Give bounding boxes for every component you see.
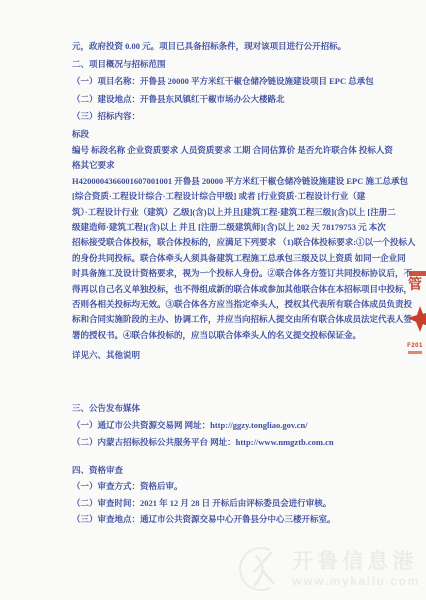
doc-section-heading: 二、项目概况与招标范围 bbox=[72, 56, 402, 74]
doc-section-heading: 四、资格审查 bbox=[72, 462, 402, 479]
doc-line: 招标接受联合体投标，联合体投标的，应满足下列要求 （1)联合体投标要求:①以一个… bbox=[72, 235, 402, 250]
doc-line: 署的授权书。④联合体投标的，应当以联合体牵头人的名义提交投标保证金。 bbox=[72, 328, 402, 343]
doc-line: （二）建设地点：开鲁县东风镇红干椒市场办公大楼路北 bbox=[72, 91, 402, 109]
scanned-document-page: 元，政府投资 0.00 元。项目已具备招标条件，现对该项目进行公开招标。 二、项… bbox=[0, 0, 426, 600]
stamp-code: F201 bbox=[397, 343, 426, 349]
stamp-star-icon bbox=[407, 305, 426, 333]
doc-line: 时具备施工及设计资格要求，视为一个投标人身份。②联合体各方签订共同投标协议后，不 bbox=[72, 266, 402, 281]
document-body: 元，政府投资 0.00 元。项目已具备招标条件，现对该项目进行公开招标。 二、项… bbox=[72, 38, 402, 528]
doc-line: 标段 bbox=[72, 126, 402, 144]
doc-line: 筑）·工程设计行业（建筑）乙级](含)以上并且[建筑工程·建筑工程三级](含)以… bbox=[72, 205, 402, 220]
red-stamp: 管 F201 bbox=[397, 271, 426, 354]
stamp-smudge bbox=[408, 351, 422, 354]
doc-table-header-line: 编号 标段名称 企业资质要求 人员资质要求 工期 合同估算价 是否允许联合体 投… bbox=[72, 143, 402, 158]
doc-line: （二）内蒙古招标投标公共服务平台 网址：http://www.nmgztb.co… bbox=[72, 434, 402, 451]
doc-line: （三）招标内容： bbox=[72, 108, 402, 126]
doc-line: 元，政府投资 0.00 元。项目已具备招标条件，现对该项目进行公开招标。 bbox=[72, 38, 402, 56]
doc-section-heading: 三、公告发布媒体 bbox=[72, 400, 402, 417]
doc-line: 得再以自己名义单独投标，也不得组成新的联合体或参加其他联合体在本招标项目中投标， bbox=[72, 282, 402, 297]
doc-line: [综合资质·工程设计综合·工程设计综合甲级] 或者 [行业资质·工程设计行业（建 bbox=[72, 189, 402, 204]
doc-line: （一）审查方式：资格后审。 bbox=[72, 478, 402, 495]
doc-line: （一）项目名称：开鲁县 20000 平方米红干椒仓储冷链设施建设项目 EPC 总… bbox=[72, 73, 402, 91]
doc-table-header-line: 格其它要求 bbox=[72, 158, 402, 173]
site-watermark: 开鲁信息港 www.mykailu.com bbox=[232, 546, 420, 592]
stamp-bar bbox=[409, 271, 426, 276]
stamp-character: 管 bbox=[397, 279, 426, 293]
doc-line: 否则各相关投标均无效。③联合体各方应当指定牵头人，授权其代表所有联合体成员负责投 bbox=[72, 297, 402, 312]
watermark-site-url: www.mykailu.com bbox=[292, 574, 420, 588]
doc-line: H4200004366001607001001 开鲁县 20000 平方米红干椒… bbox=[72, 174, 402, 189]
watermark-text: 开鲁信息港 www.mykailu.com bbox=[292, 550, 420, 587]
doc-line: 级建造师·建筑工程](含)以上 并且 [注册二级建筑师](含)以上 202 天 … bbox=[72, 220, 402, 235]
doc-line: （一）通辽市公共资源交易网 网址：http://ggzy.tongliao.go… bbox=[72, 417, 402, 434]
doc-line: 标和合同实施阶段的主办、协调工作，并应当向招标人提交由所有联合体成员法定代表人签 bbox=[72, 312, 402, 327]
doc-line: （二）审查时间：2021 年 12 月 28 日 开标后由评标委员会进行审核。 bbox=[72, 495, 402, 512]
doc-line: 的身份共同投标。联合体牵头人须具备建筑工程施工总承包三级及以上资质 如同一企业同 bbox=[72, 251, 402, 266]
watermark-logo-icon bbox=[232, 546, 284, 592]
doc-line: 详见六、其他说明 bbox=[72, 348, 402, 363]
watermark-site-name: 开鲁信息港 bbox=[292, 550, 420, 573]
doc-line: （三）审查地点：通辽市公共资源交易中心开鲁县分中心三楼开标室。 bbox=[72, 511, 402, 528]
